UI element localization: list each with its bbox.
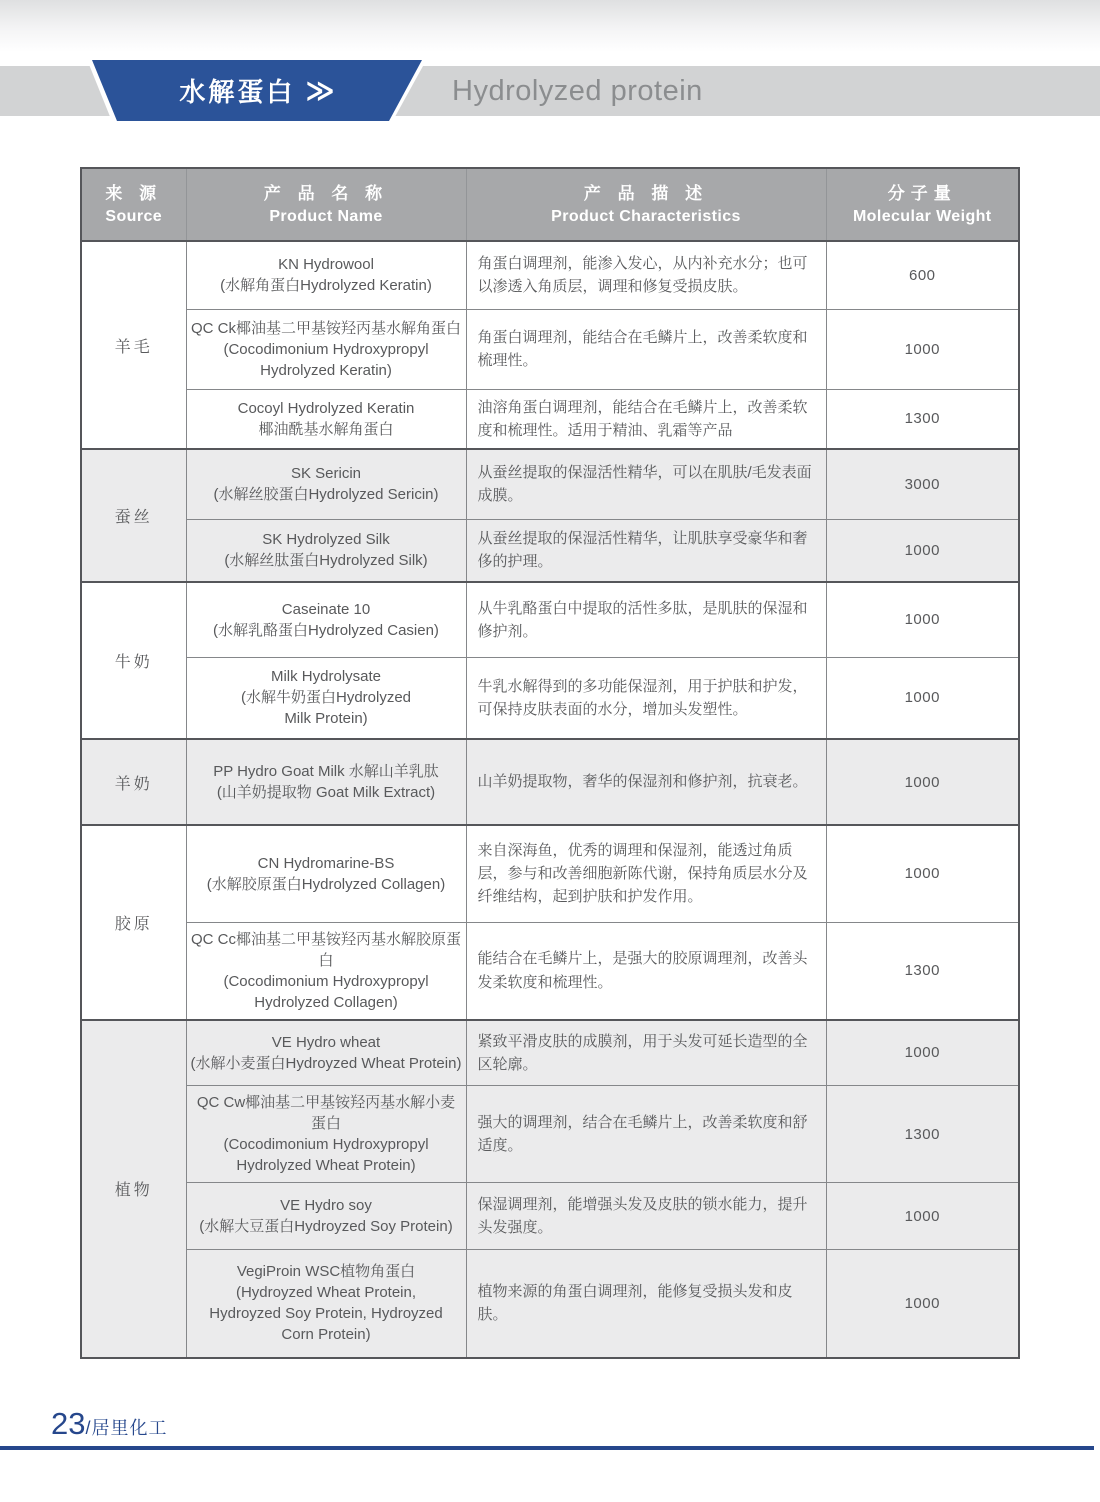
source-cell: 牛奶: [81, 582, 186, 739]
product-description-cell: 油溶角蛋白调理剂，能结合在毛鳞片上，改善柔软度和梳理性。适用于精油、乳霜等产品: [466, 389, 826, 449]
column-header-cn: 产 品 描 述: [469, 181, 824, 207]
product-description-cell: 牛乳水解得到的多功能保湿剂，用于护肤和护发，可保持皮肤表面的水分，增加头发塑性。: [466, 657, 826, 739]
product-name-line: (水解大豆蛋白Hydroyzed Soy Protein): [191, 1216, 462, 1237]
product-name-line: Hydrolyzed Wheat Protein): [191, 1155, 462, 1176]
product-description-cell: 植物来源的角蛋白调理剂，能修复受损头发和皮肤。: [466, 1250, 826, 1358]
product-description-cell: 从牛乳酪蛋白中提取的活性多肽，是肌肤的保湿和修护剂。: [466, 582, 826, 657]
molecular-weight-cell: 1000: [826, 309, 1019, 389]
product-name-line: KN Hydrowool: [191, 254, 462, 275]
source-group-1: 蚕丝SK Sericin(水解丝胶蛋白Hydrolyzed Sericin)从蚕…: [81, 449, 1019, 582]
table-header-row: 来 源Source产 品 名 称Product Name产 品 描 述Produ…: [81, 168, 1019, 241]
product-name-cell: QC Cw椰油基二甲基铵羟丙基水解小麦蛋白(Cocodimonium Hydro…: [186, 1086, 466, 1183]
molecular-weight-cell: 1300: [826, 922, 1019, 1020]
product-name-line: (Cocodimonium Hydroxypropyl: [191, 971, 462, 992]
table-row: Cocoyl Hydrolyzed Keratin椰油酰基水解角蛋白油溶角蛋白调…: [81, 389, 1019, 449]
product-name-cell: Cocoyl Hydrolyzed Keratin椰油酰基水解角蛋白: [186, 389, 466, 449]
table-row: 羊奶PP Hydro Goat Milk 水解山羊乳肽(山羊奶提取物 Goat …: [81, 739, 1019, 825]
source-group-5: 植物VE Hydro wheat(水解小麦蛋白Hydroyzed Wheat P…: [81, 1020, 1019, 1358]
product-name-line: (水解丝胶蛋白Hydrolyzed Sericin): [191, 484, 462, 505]
source-group-3: 羊奶PP Hydro Goat Milk 水解山羊乳肽(山羊奶提取物 Goat …: [81, 739, 1019, 825]
table-row: VE Hydro soy(水解大豆蛋白Hydroyzed Soy Protein…: [81, 1183, 1019, 1250]
section-title-cn: 水解蛋白: [179, 72, 295, 109]
product-name-cell: SK Sericin(水解丝胶蛋白Hydrolyzed Sericin): [186, 449, 466, 519]
product-name-line: PP Hydro Goat Milk 水解山羊乳肽: [191, 761, 462, 782]
source-cell: 蚕丝: [81, 449, 186, 582]
product-name-line: Hydroyzed Soy Protein, Hydroyzed: [191, 1303, 462, 1324]
table-row: VegiProin WSC植物角蛋白(Hydroyzed Wheat Prote…: [81, 1250, 1019, 1358]
table-row: QC Ck椰油基二甲基铵羟丙基水解角蛋白(Cocodimonium Hydrox…: [81, 309, 1019, 389]
column-header-1: 产 品 名 称Product Name: [186, 168, 466, 241]
molecular-weight-cell: 1000: [826, 519, 1019, 582]
molecular-weight-cell: 1000: [826, 1183, 1019, 1250]
table-row: QC Cc椰油基二甲基铵羟丙基水解胶原蛋白(Cocodimonium Hydro…: [81, 922, 1019, 1020]
product-description-cell: 从蚕丝提取的保湿活性精华，可以在肌肤/毛发表面成膜。: [466, 449, 826, 519]
column-header-en: Source: [84, 206, 184, 228]
column-header-0: 来 源Source: [81, 168, 186, 241]
page-number: 23: [51, 1408, 85, 1439]
table-row: Milk Hydrolysate(水解牛奶蛋白HydrolyzedMilk Pr…: [81, 657, 1019, 739]
product-description-cell: 从蚕丝提取的保湿活性精华，让肌肤享受豪华和奢侈的护理。: [466, 519, 826, 582]
product-name-line: SK Sericin: [191, 463, 462, 484]
product-name-line: Milk Protein): [191, 708, 462, 729]
column-header-en: Product Characteristics: [469, 206, 824, 228]
product-name-cell: PP Hydro Goat Milk 水解山羊乳肽(山羊奶提取物 Goat Mi…: [186, 739, 466, 825]
product-name-cell: QC Cc椰油基二甲基铵羟丙基水解胶原蛋白(Cocodimonium Hydro…: [186, 922, 466, 1020]
source-cell: 胶原: [81, 825, 186, 1020]
product-name-line: Hydrolyzed Collagen): [191, 992, 462, 1013]
product-name-line: (水解牛奶蛋白Hydrolyzed: [191, 687, 462, 708]
product-description-cell: 保湿调理剂，能增强头发及皮肤的锁水能力，提升头发强度。: [466, 1183, 826, 1250]
product-description-cell: 山羊奶提取物，奢华的保湿剂和修护剂，抗衰老。: [466, 739, 826, 825]
product-name-cell: VE Hydro soy(水解大豆蛋白Hydroyzed Soy Protein…: [186, 1183, 466, 1250]
footer-divider: [0, 1446, 1094, 1450]
product-name-line: CN Hydromarine-BS: [191, 853, 462, 874]
product-name-line: (水解小麦蛋白Hydroyzed Wheat Protein): [191, 1053, 462, 1074]
column-header-en: Product Name: [189, 206, 464, 228]
molecular-weight-cell: 1000: [826, 657, 1019, 739]
table-row: 胶原CN Hydromarine-BS(水解胶原蛋白Hydrolyzed Col…: [81, 825, 1019, 922]
molecular-weight-cell: 1000: [826, 582, 1019, 657]
product-table: 来 源Source产 品 名 称Product Name产 品 描 述Produ…: [80, 167, 1020, 1359]
section-title-en: Hydrolyzed protein: [452, 66, 703, 116]
page-footer: 23/居里化工: [51, 1408, 168, 1440]
product-description-cell: 紧致平滑皮肤的成膜剂，用于头发可延长造型的全区轮廓。: [466, 1020, 826, 1086]
table-row: 植物VE Hydro wheat(水解小麦蛋白Hydroyzed Wheat P…: [81, 1020, 1019, 1086]
product-name-line: (水解胶原蛋白Hydrolyzed Collagen): [191, 874, 462, 895]
product-name-cell: SK Hydrolyzed Silk(水解丝肽蛋白Hydrolyzed Silk…: [186, 519, 466, 582]
double-chevron-icon: ≫: [305, 74, 334, 107]
product-name-cell: VegiProin WSC植物角蛋白(Hydroyzed Wheat Prote…: [186, 1250, 466, 1358]
product-name-line: Hydrolyzed Keratin): [191, 360, 462, 381]
column-header-cn: 产 品 名 称: [189, 181, 464, 207]
product-name-line: Corn Protein): [191, 1324, 462, 1345]
column-header-3: 分子量Molecular Weight: [826, 168, 1019, 241]
column-header-en: Molecular Weight: [829, 206, 1017, 228]
molecular-weight-cell: 1000: [826, 1250, 1019, 1358]
source-group-4: 胶原CN Hydromarine-BS(水解胶原蛋白Hydrolyzed Col…: [81, 825, 1019, 1020]
product-name-line: (山羊奶提取物 Goat Milk Extract): [191, 782, 462, 803]
molecular-weight-cell: 600: [826, 241, 1019, 309]
product-name-line: Caseinate 10: [191, 599, 462, 620]
source-group-2: 牛奶Caseinate 10(水解乳酪蛋白Hydrolyzed Casien)从…: [81, 582, 1019, 739]
product-name-line: (水解乳酪蛋白Hydrolyzed Casien): [191, 620, 462, 641]
product-name-line: VE Hydro soy: [191, 1195, 462, 1216]
source-cell: 羊毛: [81, 241, 186, 449]
product-name-line: QC Ck椰油基二甲基铵羟丙基水解角蛋白: [191, 318, 462, 339]
product-description-cell: 角蛋白调理剂，能渗入发心，从内补充水分；也可以渗透入角质层，调理和修复受损皮肤。: [466, 241, 826, 309]
product-name-line: 椰油酰基水解角蛋白: [191, 419, 462, 440]
top-decor-strip: [0, 0, 1100, 52]
column-header-2: 产 品 描 述Product Characteristics: [466, 168, 826, 241]
product-name-line: (Cocodimonium Hydroxypropyl: [191, 1134, 462, 1155]
table-row: 牛奶Caseinate 10(水解乳酪蛋白Hydrolyzed Casien)从…: [81, 582, 1019, 657]
product-name-cell: Milk Hydrolysate(水解牛奶蛋白HydrolyzedMilk Pr…: [186, 657, 466, 739]
product-name-cell: Caseinate 10(水解乳酪蛋白Hydrolyzed Casien): [186, 582, 466, 657]
product-name-cell: VE Hydro wheat(水解小麦蛋白Hydroyzed Wheat Pro…: [186, 1020, 466, 1086]
product-name-line: QC Cc椰油基二甲基铵羟丙基水解胶原蛋白: [191, 929, 462, 971]
table-row: SK Hydrolyzed Silk(水解丝肽蛋白Hydrolyzed Silk…: [81, 519, 1019, 582]
table-row: 蚕丝SK Sericin(水解丝胶蛋白Hydrolyzed Sericin)从蚕…: [81, 449, 1019, 519]
product-name-line: VE Hydro wheat: [191, 1032, 462, 1053]
product-name-line: (水解丝肽蛋白Hydrolyzed Silk): [191, 550, 462, 571]
product-name-line: Milk Hydrolysate: [191, 666, 462, 687]
product-name-line: QC Cw椰油基二甲基铵羟丙基水解小麦蛋白: [191, 1092, 462, 1134]
molecular-weight-cell: 1300: [826, 389, 1019, 449]
source-group-0: 羊毛KN Hydrowool(水解角蛋白Hydrolyzed Keratin)角…: [81, 241, 1019, 449]
source-cell: 羊奶: [81, 739, 186, 825]
molecular-weight-cell: 1300: [826, 1086, 1019, 1183]
product-name-line: Cocoyl Hydrolyzed Keratin: [191, 398, 462, 419]
product-name-line: (Hydroyzed Wheat Protein,: [191, 1282, 462, 1303]
product-description-cell: 角蛋白调理剂，能结合在毛鳞片上，改善柔软度和梳理性。: [466, 309, 826, 389]
product-name-line: (Cocodimonium Hydroxypropyl: [191, 339, 462, 360]
product-description-cell: 能结合在毛鳞片上，是强大的胶原调理剂，改善头发柔软度和梳理性。: [466, 922, 826, 1020]
molecular-weight-cell: 1000: [826, 739, 1019, 825]
table-header: 来 源Source产 品 名 称Product Name产 品 描 述Produ…: [81, 168, 1019, 241]
product-name-line: SK Hydrolyzed Silk: [191, 529, 462, 550]
column-header-cn: 分子量: [829, 181, 1017, 207]
molecular-weight-cell: 3000: [826, 449, 1019, 519]
table-row: QC Cw椰油基二甲基铵羟丙基水解小麦蛋白(Cocodimonium Hydro…: [81, 1086, 1019, 1183]
product-description-cell: 强大的调理剂，结合在毛鳞片上，改善柔软度和舒适度。: [466, 1086, 826, 1183]
section-banner: 水解蛋白 ≫: [92, 60, 422, 121]
product-name-line: VegiProin WSC植物角蛋白: [191, 1261, 462, 1282]
product-name-cell: QC Ck椰油基二甲基铵羟丙基水解角蛋白(Cocodimonium Hydrox…: [186, 309, 466, 389]
table-row: 羊毛KN Hydrowool(水解角蛋白Hydrolyzed Keratin)角…: [81, 241, 1019, 309]
product-name-cell: KN Hydrowool(水解角蛋白Hydrolyzed Keratin): [186, 241, 466, 309]
company-name: /居里化工: [85, 1414, 167, 1440]
molecular-weight-cell: 1000: [826, 1020, 1019, 1086]
column-header-cn: 来 源: [84, 181, 184, 207]
product-description-cell: 来自深海鱼，优秀的调理和保湿剂，能透过角质层，参与和改善细胞新陈代谢，保持角质层…: [466, 825, 826, 922]
molecular-weight-cell: 1000: [826, 825, 1019, 922]
product-name-cell: CN Hydromarine-BS(水解胶原蛋白Hydrolyzed Colla…: [186, 825, 466, 922]
source-cell: 植物: [81, 1020, 186, 1358]
product-name-line: (水解角蛋白Hydrolyzed Keratin): [191, 275, 462, 296]
